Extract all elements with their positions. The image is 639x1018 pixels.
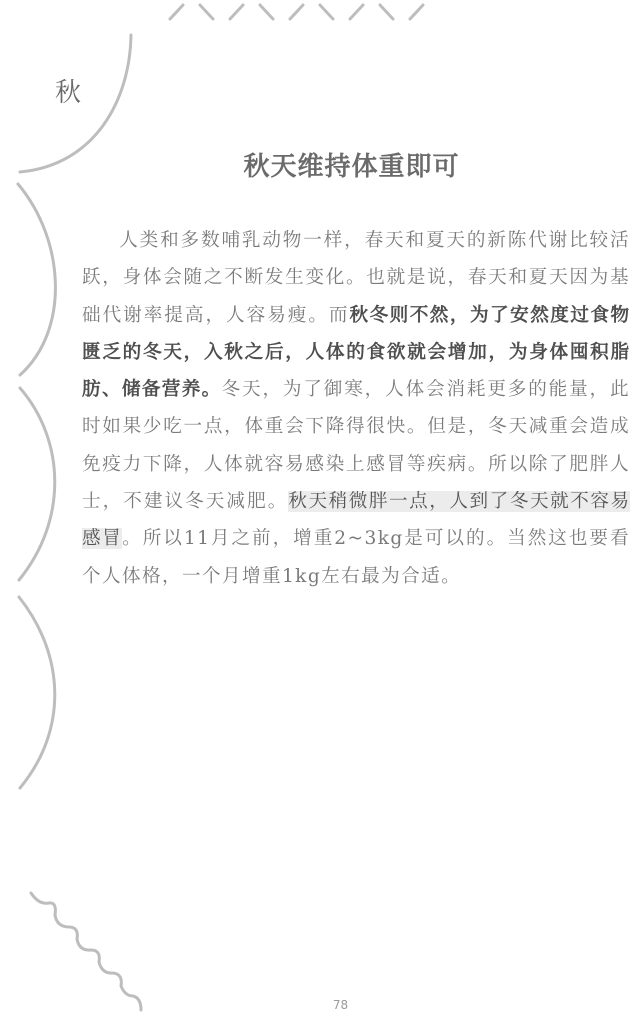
left-arc-icon	[18, 184, 55, 375]
wavy-line-icon	[31, 893, 141, 1010]
book-page: 秋 秋天维持体重即可 人类和多数哺乳动物一样，春天和夏天的新陈代谢比较活跃，身体…	[0, 0, 639, 1018]
body-paragraph: 人类和多数哺乳动物一样，春天和夏天的新陈代谢比较活跃，身体会随之不断发生变化。也…	[82, 222, 630, 595]
page-number: 78	[0, 998, 639, 1012]
zigzag-dash-icon	[170, 5, 423, 19]
season-label: 秋	[55, 72, 81, 109]
page-title: 秋天维持体重即可	[0, 146, 639, 183]
left-arc-icon	[19, 597, 55, 788]
left-arc-icon	[19, 388, 55, 580]
text-segment: 。所以11月之前，增重2~3kg是可以的。当然这也要看个人体格，一个月增重1kg…	[82, 528, 630, 586]
